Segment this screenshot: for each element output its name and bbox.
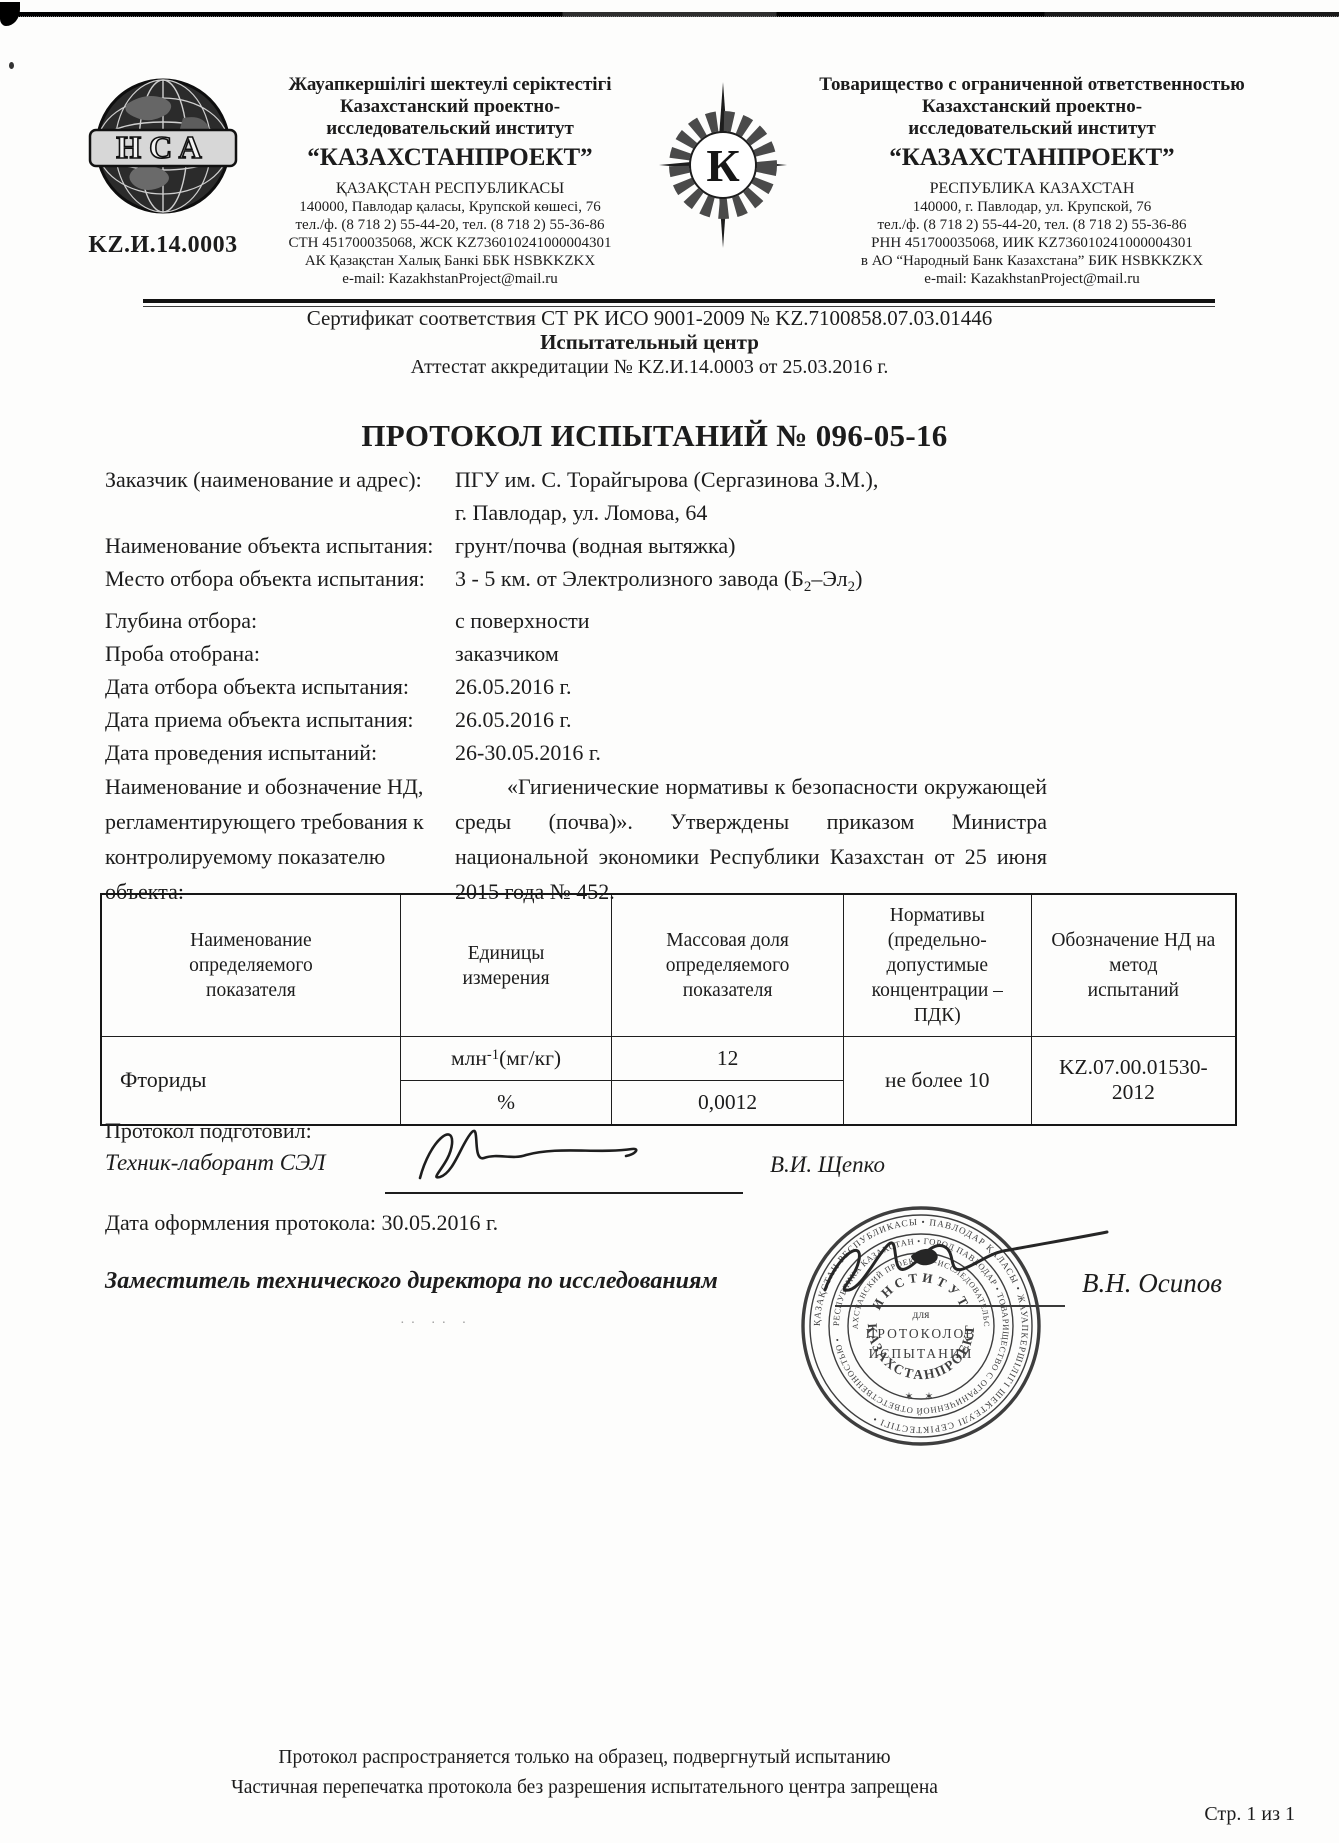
field-label: Заказчик (наименование и адрес): bbox=[105, 463, 455, 529]
stamp-center-line3: ИСПЫТАНИЙ bbox=[869, 1346, 974, 1361]
approver-signature bbox=[815, 1212, 1115, 1322]
col-header-mass-fraction: Массовая доля определяемого показателя bbox=[612, 894, 844, 1037]
org-form-kz: Жауапкершілігі шектеулі серіктестігі bbox=[246, 74, 654, 96]
org-form-ru: Товарищество с ограниченной ответственно… bbox=[792, 74, 1272, 96]
document-title: ПРОТОКОЛ ИСПЫТАНИЙ № 096-05-16 bbox=[0, 418, 1339, 454]
org-brand-name: “КАЗАХСТАНПРОЕКТ” bbox=[246, 143, 654, 172]
cell-parameter-name: Фториды bbox=[101, 1037, 400, 1125]
field-row-customer: Заказчик (наименование и адрес): ПГУ им.… bbox=[105, 463, 1250, 529]
stamp-center-line2: ПРОТОКОЛОВ bbox=[866, 1326, 977, 1341]
signature-rule-line bbox=[385, 1192, 743, 1194]
accreditation-number: KZ.И.14.0003 bbox=[82, 232, 244, 259]
org-name-line1: Казахстанский проектно- bbox=[792, 96, 1272, 118]
letterhead-left-column: Жауапкершілігі шектеулі серіктестігі Каз… bbox=[246, 74, 654, 288]
country-ru: РЕСПУБЛИКА КАЗАХСТАН bbox=[792, 179, 1272, 198]
certification-block: Сертификат соответствия СТ РК ИСО 9001-2… bbox=[0, 306, 1339, 379]
protocol-date-line: Дата оформления протокола: 30.05.2016 г. bbox=[105, 1210, 498, 1236]
preparer-name: В.И. Щепко bbox=[770, 1152, 885, 1178]
iso-certificate-line: Сертификат соответствия СТ РК ИСО 9001-2… bbox=[0, 306, 1299, 330]
col-header-parameter: Наименование определяемого показателя bbox=[101, 894, 400, 1037]
subscript: 2 bbox=[848, 579, 855, 595]
compass-logo-letter: К bbox=[706, 140, 739, 191]
cell-pdk: не более 10 bbox=[843, 1037, 1031, 1125]
field-label: Дата отбора объекта испытания: bbox=[105, 670, 455, 703]
letterhead-right-column: Товарищество с ограниченной ответственно… bbox=[792, 74, 1272, 288]
field-value: с поверхности bbox=[455, 604, 590, 637]
field-label: Наименование и обозначение НД, регламент… bbox=[105, 769, 455, 909]
prepared-by-label: Протокол подготовил: bbox=[105, 1118, 312, 1144]
scan-artifact-dot bbox=[9, 62, 14, 69]
page-number: Стр. 1 из 1 bbox=[1204, 1803, 1295, 1826]
nca-globe-icon: НСА bbox=[87, 74, 239, 226]
scanned-test-protocol-document: НСА KZ.И.14.0003 Жауапкершілігі шектеулі… bbox=[0, 0, 1339, 1843]
text-part: ) bbox=[855, 566, 862, 591]
field-row-testing-dates: Дата проведения испытаний: 26-30.05.2016… bbox=[105, 736, 1250, 769]
field-label: Проба отобрана: bbox=[105, 637, 455, 670]
org-name-line2: исследовательский институт bbox=[792, 118, 1272, 140]
stamp-stars: ✶ ✶ bbox=[904, 1391, 937, 1403]
text-part: –Эл bbox=[811, 566, 847, 591]
email-line: e-mail: KazakhstanProject@mail.ru bbox=[246, 270, 654, 288]
org-brand-name: “КАЗАХСТАНПРОЕКТ” bbox=[792, 143, 1272, 172]
cell-method: KZ.07.00.01530-2012 bbox=[1031, 1037, 1236, 1125]
field-row-sampling-date: Дата отбора объекта испытания: 26.05.201… bbox=[105, 670, 1250, 703]
email-line: e-mail: KazakhstanProject@mail.ru bbox=[792, 270, 1272, 288]
field-value: грунт/почва (водная вытяжка) bbox=[455, 529, 735, 562]
field-value: 26.05.2016 г. bbox=[455, 670, 572, 703]
compass-logo-block: К bbox=[654, 74, 792, 255]
left-logo-block: НСА KZ.И.14.0003 bbox=[82, 74, 244, 259]
protocol-fields: Заказчик (наименование и адрес): ПГУ им.… bbox=[105, 463, 1250, 909]
field-value: ПГУ им. С. Торайгырова (Сергазинова З.М.… bbox=[455, 463, 878, 529]
scan-artifact-smudge: ·· ·· · bbox=[400, 1316, 472, 1332]
field-label: Дата приема объекта испытания: bbox=[105, 703, 455, 736]
unit-rest: (мг/кг) bbox=[499, 1046, 561, 1070]
table-header-row: Наименование определяемого показателя Ед… bbox=[101, 894, 1236, 1037]
testing-center-line: Испытательный центр bbox=[0, 330, 1299, 355]
field-row-sampling-place: Место отбора объекта испытания: 3 - 5 км… bbox=[105, 562, 1250, 604]
tax-account-line: СТН 451700035068, ЖСК KZ7360102410000043… bbox=[246, 234, 654, 252]
field-label: Глубина отбора: bbox=[105, 604, 455, 637]
field-label: Дата проведения испытаний: bbox=[105, 736, 455, 769]
letterhead: НСА KZ.И.14.0003 Жауапкершілігі шектеулі… bbox=[82, 74, 1272, 288]
col-header-pdk: Нормативы (предельно- допустимые концент… bbox=[843, 894, 1031, 1037]
approver-role: Заместитель технического директора по ис… bbox=[105, 1268, 718, 1295]
phone-line: тел./ф. (8 718 2) 55-44-20, тел. (8 718 … bbox=[246, 216, 654, 234]
address-line: 140000, Павлодар қаласы, Крупской көшесі… bbox=[246, 198, 654, 216]
col-header-units: Единицы измерения bbox=[400, 894, 612, 1037]
address-line: 140000, г. Павлодар, ул. Крупской, 76 bbox=[792, 198, 1272, 216]
field-value: 26-30.05.2016 г. bbox=[455, 736, 601, 769]
results-table: Наименование определяемого показателя Ед… bbox=[100, 893, 1237, 1126]
field-row-object-name: Наименование объекта испытания: грунт/по… bbox=[105, 529, 1250, 562]
compass-rose-icon: К bbox=[657, 80, 789, 250]
table-row: Фториды млн-1(мг/кг) 12 не более 10 KZ.0… bbox=[101, 1037, 1236, 1081]
cell-unit-1: млн-1(мг/кг) bbox=[400, 1037, 612, 1081]
preparer-role: Техник-лаборант СЭЛ bbox=[105, 1150, 325, 1176]
cell-value-1: 12 bbox=[612, 1037, 844, 1081]
footer-notes: Протокол распространяется только на обра… bbox=[0, 1743, 1339, 1803]
org-name-line1: Казахстанский проектно- bbox=[246, 96, 654, 118]
footer-note-1: Протокол распространяется только на обра… bbox=[0, 1743, 1169, 1773]
field-row-normative-document: Наименование и обозначение НД, регламент… bbox=[105, 769, 1250, 909]
phone-line: тел./ф. (8 718 2) 55-44-20, тел. (8 718 … bbox=[792, 216, 1272, 234]
tax-account-line: РНН 451700035068, ИИК KZ7360102410000043… bbox=[792, 234, 1272, 252]
nca-logo-letters: НСА bbox=[116, 129, 210, 165]
field-row-receiving-date: Дата приема объекта испытания: 26.05.201… bbox=[105, 703, 1250, 736]
header-divider-rule bbox=[143, 299, 1215, 306]
field-value: заказчиком bbox=[455, 637, 559, 670]
field-value: 26.05.2016 г. bbox=[455, 703, 572, 736]
bank-line: АК Қазақстан Халық Банкі ББК HSBKKZKX bbox=[246, 252, 654, 270]
unit-base: млн bbox=[451, 1046, 487, 1070]
field-label: Место отбора объекта испытания: bbox=[105, 562, 455, 604]
preparer-signature bbox=[400, 1118, 660, 1196]
org-name-line2: исследовательский институт bbox=[246, 118, 654, 140]
field-value: «Гигиенические нормативы к безопасности … bbox=[455, 769, 1047, 909]
bank-line: в АО “Народный Банк Казахстана” БИК HSBK… bbox=[792, 252, 1272, 270]
col-header-method: Обозначение НД на метод испытаний bbox=[1031, 894, 1236, 1037]
field-value: 3 - 5 км. от Электролизного завода (Б2–Э… bbox=[455, 562, 862, 604]
accreditation-line: Аттестат аккредитации № KZ.И.14.0003 от … bbox=[0, 355, 1299, 379]
field-label: Наименование объекта испытания: bbox=[105, 529, 455, 562]
text-part: 3 - 5 км. от Электролизного завода (Б bbox=[455, 566, 804, 591]
field-row-sampling-depth: Глубина отбора: с поверхности bbox=[105, 604, 1250, 637]
unit-superscript: -1 bbox=[487, 1047, 499, 1063]
scan-artifact-corner-blob bbox=[0, 2, 20, 26]
scan-artifact-top-line bbox=[0, 12, 1339, 17]
field-row-sampled-by: Проба отобрана: заказчиком bbox=[105, 637, 1250, 670]
footer-note-2: Частичная перепечатка протокола без разр… bbox=[0, 1773, 1169, 1803]
country-kz: ҚАЗАҚСТАН РЕСПУБЛИКАСЫ bbox=[246, 179, 654, 198]
